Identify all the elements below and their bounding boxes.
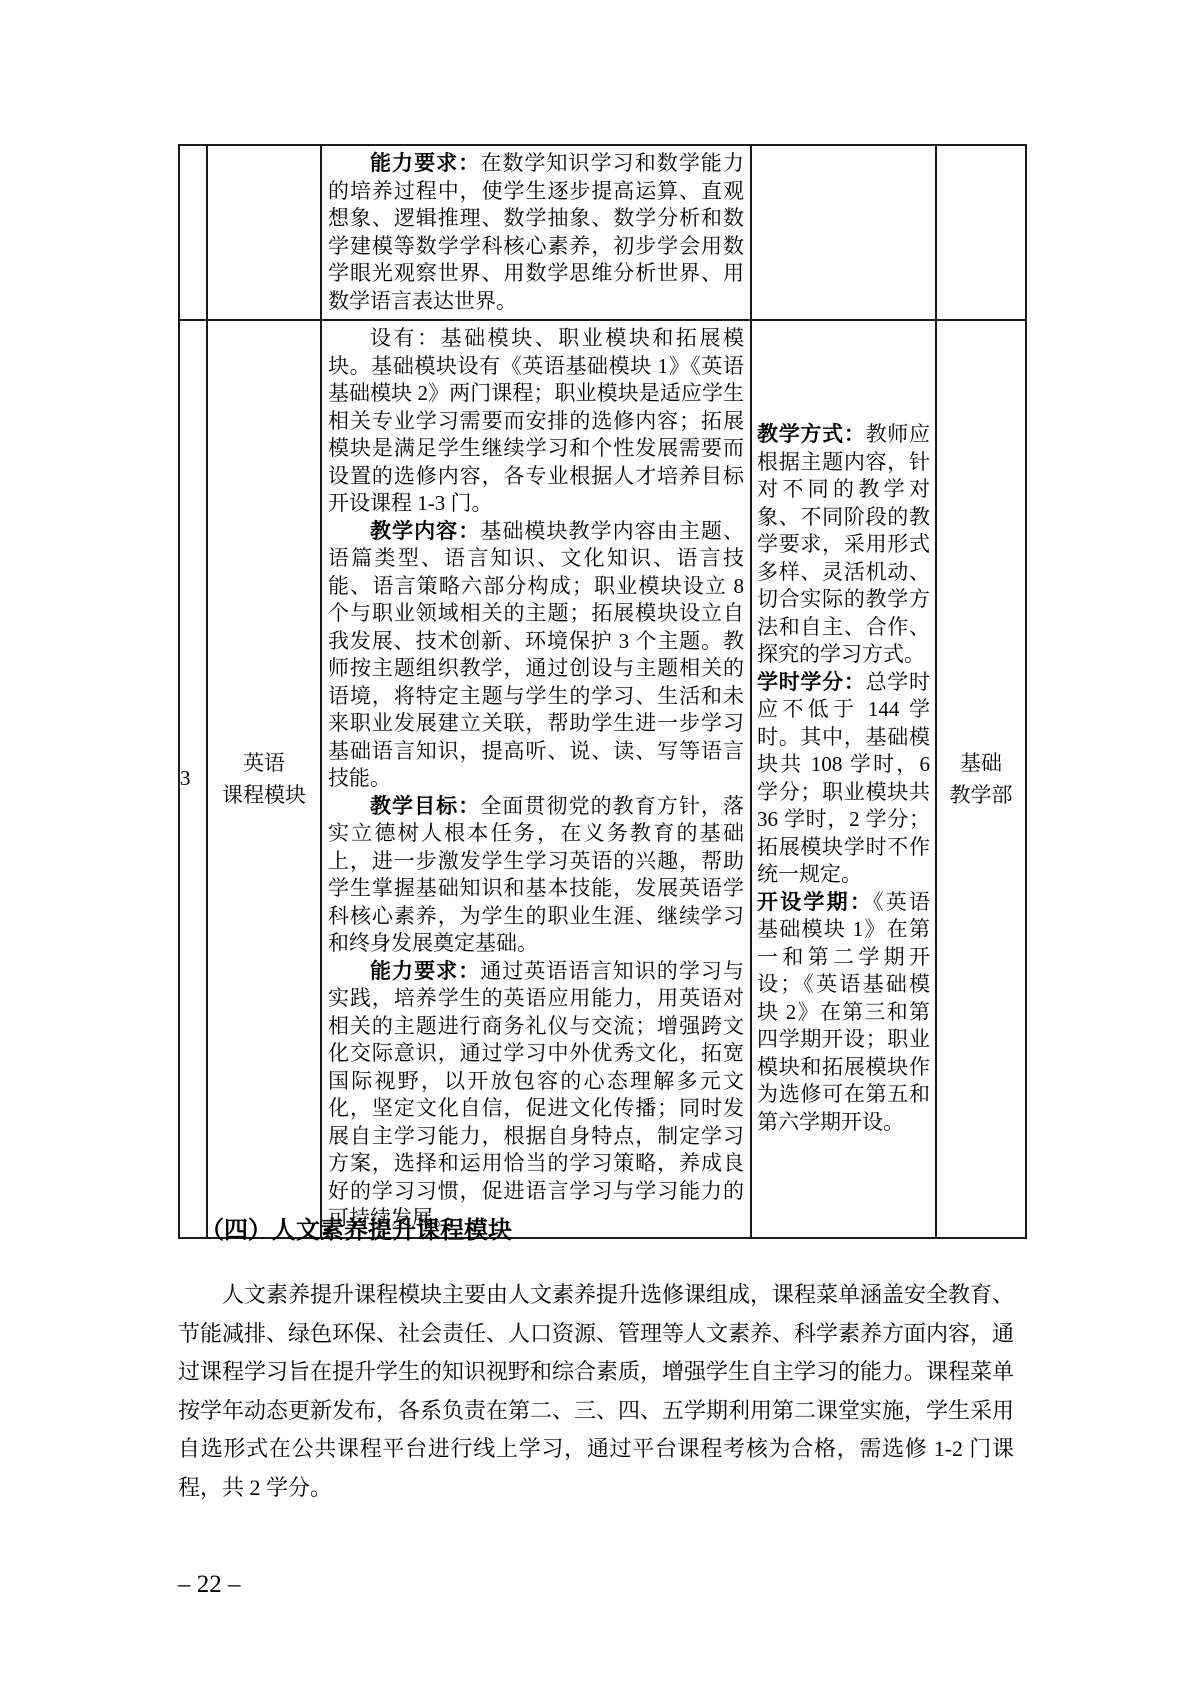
english-row-content-cell: 设有：基础模块、职业模块和拓展模块。基础模块设有《英语基础模块 1》《英语基础模… — [321, 320, 751, 1238]
math-capability-label: 能力要求： — [370, 151, 480, 175]
teaching-content-text: 基础模块教学内容由主题、语篇类型、语言知识、文化知识、语言技能、语言策略六部分构… — [328, 519, 744, 791]
capability-label: 能力要求： — [370, 959, 480, 983]
math-row-content-cell: 能力要求：在数学知识学习和数学能力的培养过程中，使学生逐步提高运算、直观想象、逻… — [321, 145, 751, 320]
english-row-index: 3 — [179, 320, 207, 1238]
document-page: 能力要求：在数学知识学习和数学能力的培养过程中，使学生逐步提高运算、直观想象、逻… — [0, 0, 1191, 1684]
section-paragraph: 人文素养提升课程模块主要由人文素养提升选修课组成，课程菜单涵盖安全教育、节能减排… — [178, 1276, 1014, 1507]
semester-offering-label: 开设学期： — [757, 890, 873, 914]
teaching-method-text: 教师应根据主题内容，针对不同的教学对象、不同阶段的教学要求，采用形式多样、灵活机… — [757, 422, 930, 666]
teaching-goal-label: 教学目标： — [370, 794, 480, 818]
english-row-department-cell: 基础 教学部 — [936, 320, 1026, 1238]
table-row-math-continuation: 能力要求：在数学知识学习和数学能力的培养过程中，使学生逐步提高运算、直观想象、逻… — [179, 145, 1026, 320]
english-setup-paragraph: 设有：基础模块、职业模块和拓展模块。基础模块设有《英语基础模块 1》《英语基础模… — [328, 325, 744, 518]
english-row-module-cell: 英语 课程模块 — [207, 320, 321, 1238]
teaching-method-paragraph: 教学方式：教师应根据主题内容，针对不同的教学对象、不同阶段的教学要求，采用形式多… — [757, 421, 930, 669]
page-number: – 22 – — [178, 1570, 241, 1600]
math-capability-paragraph: 能力要求：在数学知识学习和数学能力的培养过程中，使学生逐步提高运算、直观想象、逻… — [328, 150, 744, 315]
math-row-department-cell — [936, 145, 1026, 320]
curriculum-table: 能力要求：在数学知识学习和数学能力的培养过程中，使学生逐步提高运算、直观想象、逻… — [178, 144, 1027, 1239]
semester-offering-paragraph: 开设学期：《英语基础模块 1》在第一和第二学期开设；《英语基础模块 2》在第三和… — [757, 889, 930, 1137]
english-capability-paragraph: 能力要求：通过英语语言知识的学习与实践，培养学生的英语应用能力，用英语对相关的主… — [328, 958, 744, 1233]
section-heading: （四）人文素养提升课程模块 — [178, 1216, 1014, 1246]
credit-hours-label: 学时学分： — [757, 670, 866, 694]
module-name-line2: 课程模块 — [208, 779, 320, 811]
english-teaching-goal-paragraph: 教学目标：全面贯彻党的教育方针，落实立德树人根本任务，在义务教育的基础上，进一步… — [328, 793, 744, 958]
module-name-line1: 英语 — [208, 747, 320, 779]
teaching-content-label: 教学内容： — [370, 519, 480, 543]
math-row-module-cell — [207, 145, 321, 320]
english-teaching-content-paragraph: 教学内容：基础模块教学内容由主题、语篇类型、语言知识、文化知识、语言技能、语言策… — [328, 518, 744, 793]
semester-offering-text: 《英语基础模块 1》在第一和第二学期开设；《英语基础模块 2》在第三和第四学期开… — [757, 890, 930, 1134]
credit-hours-paragraph: 学时学分：总学时应不低于 144 学时。其中，基础模块共 108 学时，6 学分… — [757, 669, 930, 889]
math-row-teaching-cell — [751, 145, 936, 320]
english-row-teaching-cell: 教学方式：教师应根据主题内容，针对不同的教学对象、不同阶段的教学要求，采用形式多… — [751, 320, 936, 1238]
department-line1: 基础 — [937, 747, 1025, 779]
department-line2: 教学部 — [937, 779, 1025, 811]
math-row-index-cell — [179, 145, 207, 320]
credit-hours-text: 总学时应不低于 144 学时。其中，基础模块共 108 学时，6 学分；职业模块… — [757, 670, 930, 887]
math-capability-text: 在数学知识学习和数学能力的培养过程中，使学生逐步提高运算、直观想象、逻辑推理、数… — [328, 151, 744, 313]
capability-text: 通过英语语言知识的学习与实践，培养学生的英语应用能力，用英语对相关的主题进行商务… — [328, 959, 744, 1231]
teaching-method-label: 教学方式： — [757, 422, 866, 446]
table-row-english: 3 英语 课程模块 设有：基础模块、职业模块和拓展模块。基础模块设有《英语基础模… — [179, 320, 1026, 1238]
